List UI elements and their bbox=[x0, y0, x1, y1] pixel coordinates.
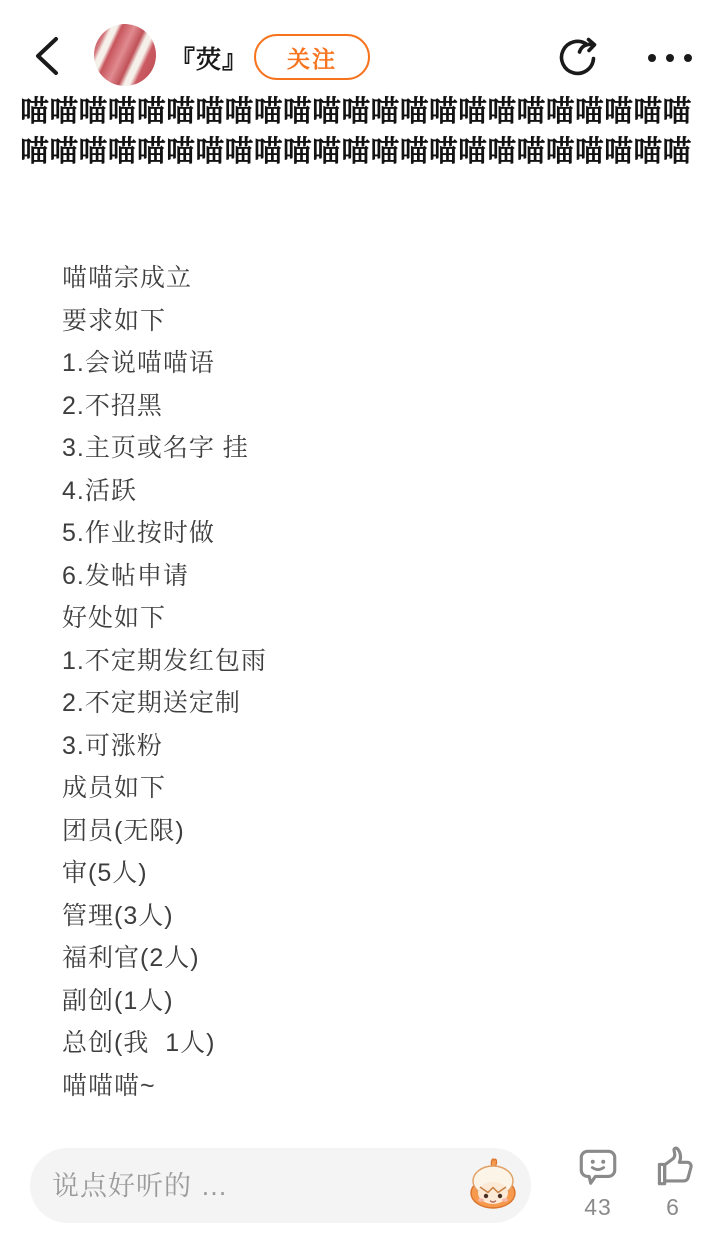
comment-input-pill[interactable] bbox=[30, 1148, 531, 1223]
body-line: 4.活跃 bbox=[62, 470, 682, 513]
share-button[interactable] bbox=[554, 34, 602, 82]
user-avatar[interactable] bbox=[94, 24, 156, 86]
bottom-bar: 43 6 bbox=[0, 1138, 717, 1242]
body-line: 2.不定期送定制 bbox=[62, 682, 682, 725]
body-line: 3.可涨粉 bbox=[62, 725, 682, 768]
body-line: 管理(3人) bbox=[62, 895, 682, 938]
body-line: 成员如下 bbox=[62, 767, 682, 810]
body-line: 2.不招黑 bbox=[62, 385, 682, 428]
body-line: 3.主页或名字 挂 bbox=[62, 427, 682, 470]
comment-bubble-icon bbox=[575, 1144, 621, 1193]
body-line: 福利官(2人) bbox=[62, 937, 682, 980]
thumbs-up-icon bbox=[650, 1144, 696, 1193]
username[interactable]: 『荧』 bbox=[170, 40, 248, 76]
chevron-left-icon bbox=[30, 35, 64, 80]
body-line: 5.作业按时做 bbox=[62, 512, 682, 555]
note-detail-screen: 『荧』 关注 喵喵喵喵喵喵喵喵喵喵喵喵喵喵喵喵喵喵喵喵喵喵喵喵喵喵喵喵喵喵喵喵喵… bbox=[0, 0, 717, 1242]
body-line: 1.不定期发红包雨 bbox=[62, 640, 682, 683]
more-dots-icon bbox=[648, 54, 692, 62]
emoji-mascot-icon[interactable] bbox=[462, 1154, 524, 1216]
body-line: 总创(我 1人) bbox=[62, 1022, 682, 1065]
body-line: 副创(1人) bbox=[62, 980, 682, 1023]
post-title: 喵喵喵喵喵喵喵喵喵喵喵喵喵喵喵喵喵喵喵喵喵喵喵喵喵喵喵喵喵喵喵喵喵喵喵喵喵喵喵喵… bbox=[20, 92, 706, 172]
back-button[interactable] bbox=[28, 34, 66, 80]
follow-button[interactable]: 关注 bbox=[254, 34, 370, 80]
comment-count: 43 bbox=[584, 1194, 612, 1221]
body-line: 1.会说喵喵语 bbox=[62, 342, 682, 385]
share-icon bbox=[554, 70, 602, 85]
body-line: 6.发帖申请 bbox=[62, 555, 682, 598]
post-body: 喵喵宗成立 要求如下 1.会说喵喵语 2.不招黑 3.主页或名字 挂 4.活跃 … bbox=[62, 257, 682, 1107]
body-line: 审(5人) bbox=[62, 852, 682, 895]
like-button[interactable]: 6 bbox=[638, 1144, 708, 1221]
like-count: 6 bbox=[666, 1194, 680, 1221]
comment-input[interactable] bbox=[50, 1148, 424, 1225]
body-line: 团员(无限) bbox=[62, 810, 682, 853]
body-line: 好处如下 bbox=[62, 597, 682, 640]
body-line: 喵喵宗成立 bbox=[62, 257, 682, 300]
more-options-button[interactable] bbox=[640, 38, 700, 78]
body-line: 喵喵喵~ bbox=[62, 1065, 682, 1108]
body-line: 要求如下 bbox=[62, 300, 682, 343]
comment-button[interactable]: 43 bbox=[563, 1144, 633, 1221]
